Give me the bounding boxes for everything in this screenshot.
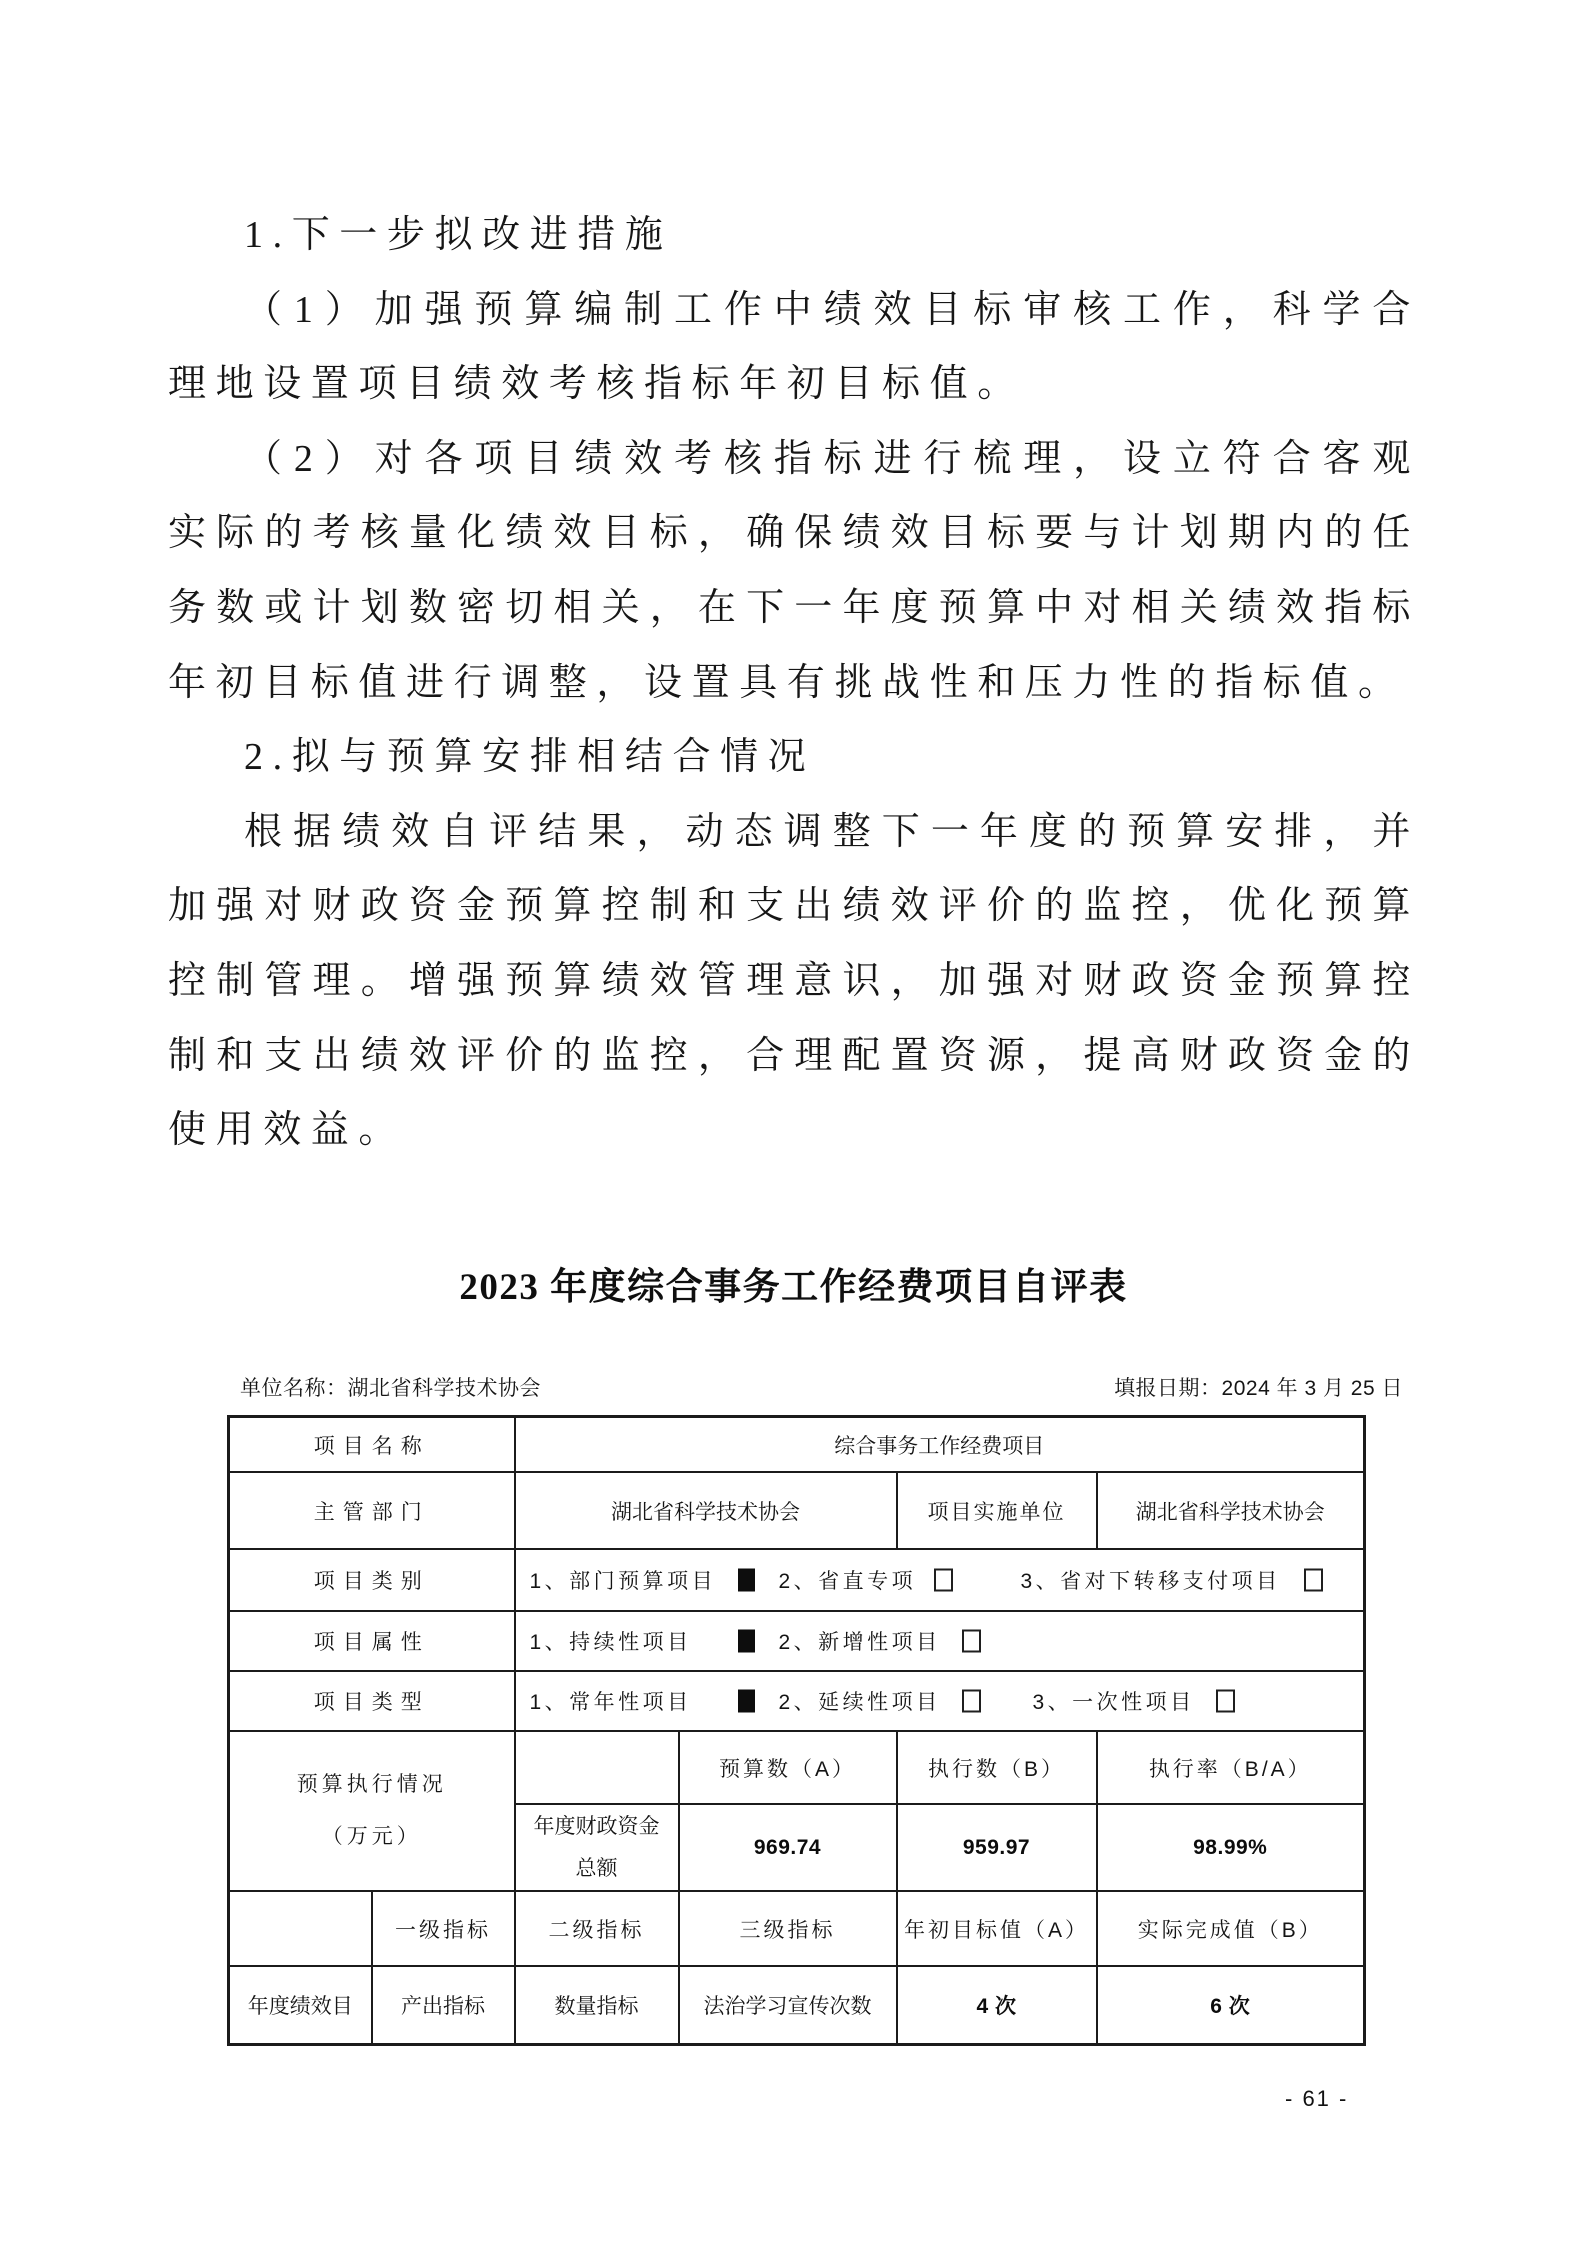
body-line: 控制管理。增强预算绩效管理意识，加强对财政资金预算控 bbox=[168, 944, 1420, 1019]
body-line: 根据绩效自评结果，动态调整下一年度的预算安排，并 bbox=[168, 795, 1420, 870]
checkbox-checked-icon bbox=[738, 1690, 755, 1713]
target-header: 年初目标值（A） bbox=[897, 1891, 1097, 1966]
budget-label-line1: 预算执行情况 bbox=[230, 1759, 514, 1811]
checkbox-unchecked-icon bbox=[934, 1569, 953, 1592]
level3-header: 三级指标 bbox=[679, 1891, 897, 1966]
body-paragraphs: 1.下一步拟改进措施 （1）加强预算编制工作中绩效目标审核工作，科学合 理地设置… bbox=[168, 198, 1420, 1168]
table-meta: 单位名称：湖北省科学技术协会 填报日期：2024 年 3 月 25 日 bbox=[240, 1372, 1403, 1402]
checkbox-unchecked-icon bbox=[962, 1630, 981, 1653]
dept-label: 主管部门 bbox=[229, 1472, 515, 1549]
project-category-label: 项目类别 bbox=[229, 1549, 515, 1611]
option-label: 3、一次性项目 bbox=[1033, 1686, 1195, 1716]
exec-col-header: 执行数（B） bbox=[897, 1731, 1097, 1804]
level2-header: 二级指标 bbox=[515, 1891, 679, 1966]
table-row: 项目名称 综合事务工作经费项目 bbox=[229, 1417, 1365, 1473]
option-label: 1、部门预算项目 bbox=[530, 1565, 717, 1595]
budget-amount: 969.74 bbox=[679, 1804, 897, 1891]
impl-unit-label: 项目实施单位 bbox=[897, 1472, 1097, 1549]
level1-header: 一级指标 bbox=[372, 1891, 515, 1966]
level2-indicator: 数量指标 bbox=[515, 1966, 679, 2045]
budget-col-header: 预算数（A） bbox=[679, 1731, 897, 1804]
self-evaluation-table: 项目名称 综合事务工作经费项目 主管部门 湖北省科学技术协会 项目实施单位 湖北… bbox=[227, 1415, 1366, 2046]
body-line: 制和支出绩效评价的监控，合理配置资源，提高财政资金的 bbox=[168, 1019, 1420, 1094]
option-label: 1、持续性项目 bbox=[530, 1626, 692, 1656]
budget-label-line2: （万元） bbox=[230, 1811, 514, 1863]
checkbox-unchecked-icon bbox=[1304, 1569, 1323, 1592]
budget-execution-label: 预算执行情况 （万元） bbox=[229, 1731, 515, 1891]
blank-cell bbox=[515, 1731, 679, 1804]
exec-amount: 959.97 bbox=[897, 1804, 1097, 1891]
table-row: 一级指标 二级指标 三级指标 年初目标值（A） 实际完成值（B） bbox=[229, 1891, 1365, 1966]
blank-cell bbox=[229, 1891, 372, 1966]
checkbox-checked-icon bbox=[738, 1630, 755, 1653]
table-row: 年度绩效目 产出指标 数量指标 法治学习宣传次数 4 次 6 次 bbox=[229, 1966, 1365, 2045]
actual-header: 实际完成值（B） bbox=[1097, 1891, 1365, 1966]
actual-value: 6 次 bbox=[1097, 1966, 1365, 2045]
body-line: 使用效益。 bbox=[168, 1093, 1420, 1168]
project-name-label: 项目名称 bbox=[229, 1417, 515, 1473]
annual-funds-label: 年度财政资金 总额 bbox=[515, 1804, 679, 1891]
document-page: 1.下一步拟改进措施 （1）加强预算编制工作中绩效目标审核工作，科学合 理地设置… bbox=[0, 0, 1587, 2245]
unit-name: 单位名称：湖北省科学技术协会 bbox=[240, 1372, 541, 1402]
option-label: 3、省对下转移支付项目 bbox=[1021, 1565, 1281, 1595]
option-label: 2、省直专项 bbox=[779, 1565, 917, 1595]
dept-value: 湖北省科学技术协会 bbox=[515, 1472, 897, 1549]
target-value: 4 次 bbox=[897, 1966, 1097, 2045]
body-line: 年初目标值进行调整，设置具有挑战性和压力性的指标值。 bbox=[168, 646, 1420, 721]
annual-funds-line2: 总额 bbox=[516, 1848, 678, 1890]
indicator-group: 年度绩效目 bbox=[229, 1966, 372, 2045]
level3-indicator: 法治学习宣传次数 bbox=[679, 1966, 897, 2045]
project-type-label: 项目类型 bbox=[229, 1671, 515, 1731]
impl-unit-value: 湖北省科学技术协会 bbox=[1097, 1472, 1365, 1549]
rate-col-header: 执行率（B/A） bbox=[1097, 1731, 1365, 1804]
body-line: 务数或计划数密切相关，在下一年度预算中对相关绩效指标 bbox=[168, 571, 1420, 646]
body-line: 加强对财政资金预算控制和支出绩效评价的监控，优化预算 bbox=[168, 869, 1420, 944]
checkbox-unchecked-icon bbox=[1216, 1690, 1235, 1713]
table-row: 项目类型 1、常年性项目 2、延续性项目 3、一次性项目 bbox=[229, 1671, 1365, 1731]
body-line: （2）对各项目绩效考核指标进行梳理，设立符合客观 bbox=[168, 422, 1420, 497]
page-number: - 61 - bbox=[1285, 2086, 1348, 2112]
annual-funds-line1: 年度财政资金 bbox=[516, 1806, 678, 1848]
table-row: 项目属性 1、持续性项目 2、新增性项目 bbox=[229, 1611, 1365, 1671]
project-attribute-label: 项目属性 bbox=[229, 1611, 515, 1671]
project-attribute-options: 1、持续性项目 2、新增性项目 bbox=[515, 1611, 1365, 1671]
body-line: 实际的考核量化绩效目标，确保绩效目标要与计划期内的任 bbox=[168, 496, 1420, 571]
option-label: 2、延续性项目 bbox=[779, 1686, 941, 1716]
project-name-value: 综合事务工作经费项目 bbox=[515, 1417, 1365, 1473]
table-row: 项目类别 1、部门预算项目 2、省直专项 3、省对下转移支付项目 bbox=[229, 1549, 1365, 1611]
body-line: 理地设置项目绩效考核指标年初目标值。 bbox=[168, 347, 1420, 422]
level1-indicator: 产出指标 bbox=[372, 1966, 515, 2045]
table-title: 2023 年度综合事务工作经费项目自评表 bbox=[0, 1256, 1587, 1310]
body-line: 2.拟与预算安排相结合情况 bbox=[168, 720, 1420, 795]
table-row: 预算执行情况 （万元） 预算数（A） 执行数（B） 执行率（B/A） bbox=[229, 1731, 1365, 1804]
option-label: 2、新增性项目 bbox=[779, 1626, 941, 1656]
table-row: 主管部门 湖北省科学技术协会 项目实施单位 湖北省科学技术协会 bbox=[229, 1472, 1365, 1549]
project-category-options: 1、部门预算项目 2、省直专项 3、省对下转移支付项目 bbox=[515, 1549, 1365, 1611]
checkbox-unchecked-icon bbox=[962, 1690, 981, 1713]
body-line: 1.下一步拟改进措施 bbox=[168, 198, 1420, 273]
report-date: 填报日期：2024 年 3 月 25 日 bbox=[1114, 1372, 1403, 1402]
checkbox-checked-icon bbox=[738, 1569, 755, 1592]
body-line: （1）加强预算编制工作中绩效目标审核工作，科学合 bbox=[168, 273, 1420, 348]
option-label: 1、常年性项目 bbox=[530, 1686, 692, 1716]
exec-rate: 98.99% bbox=[1097, 1804, 1365, 1891]
project-type-options: 1、常年性项目 2、延续性项目 3、一次性项目 bbox=[515, 1671, 1365, 1731]
